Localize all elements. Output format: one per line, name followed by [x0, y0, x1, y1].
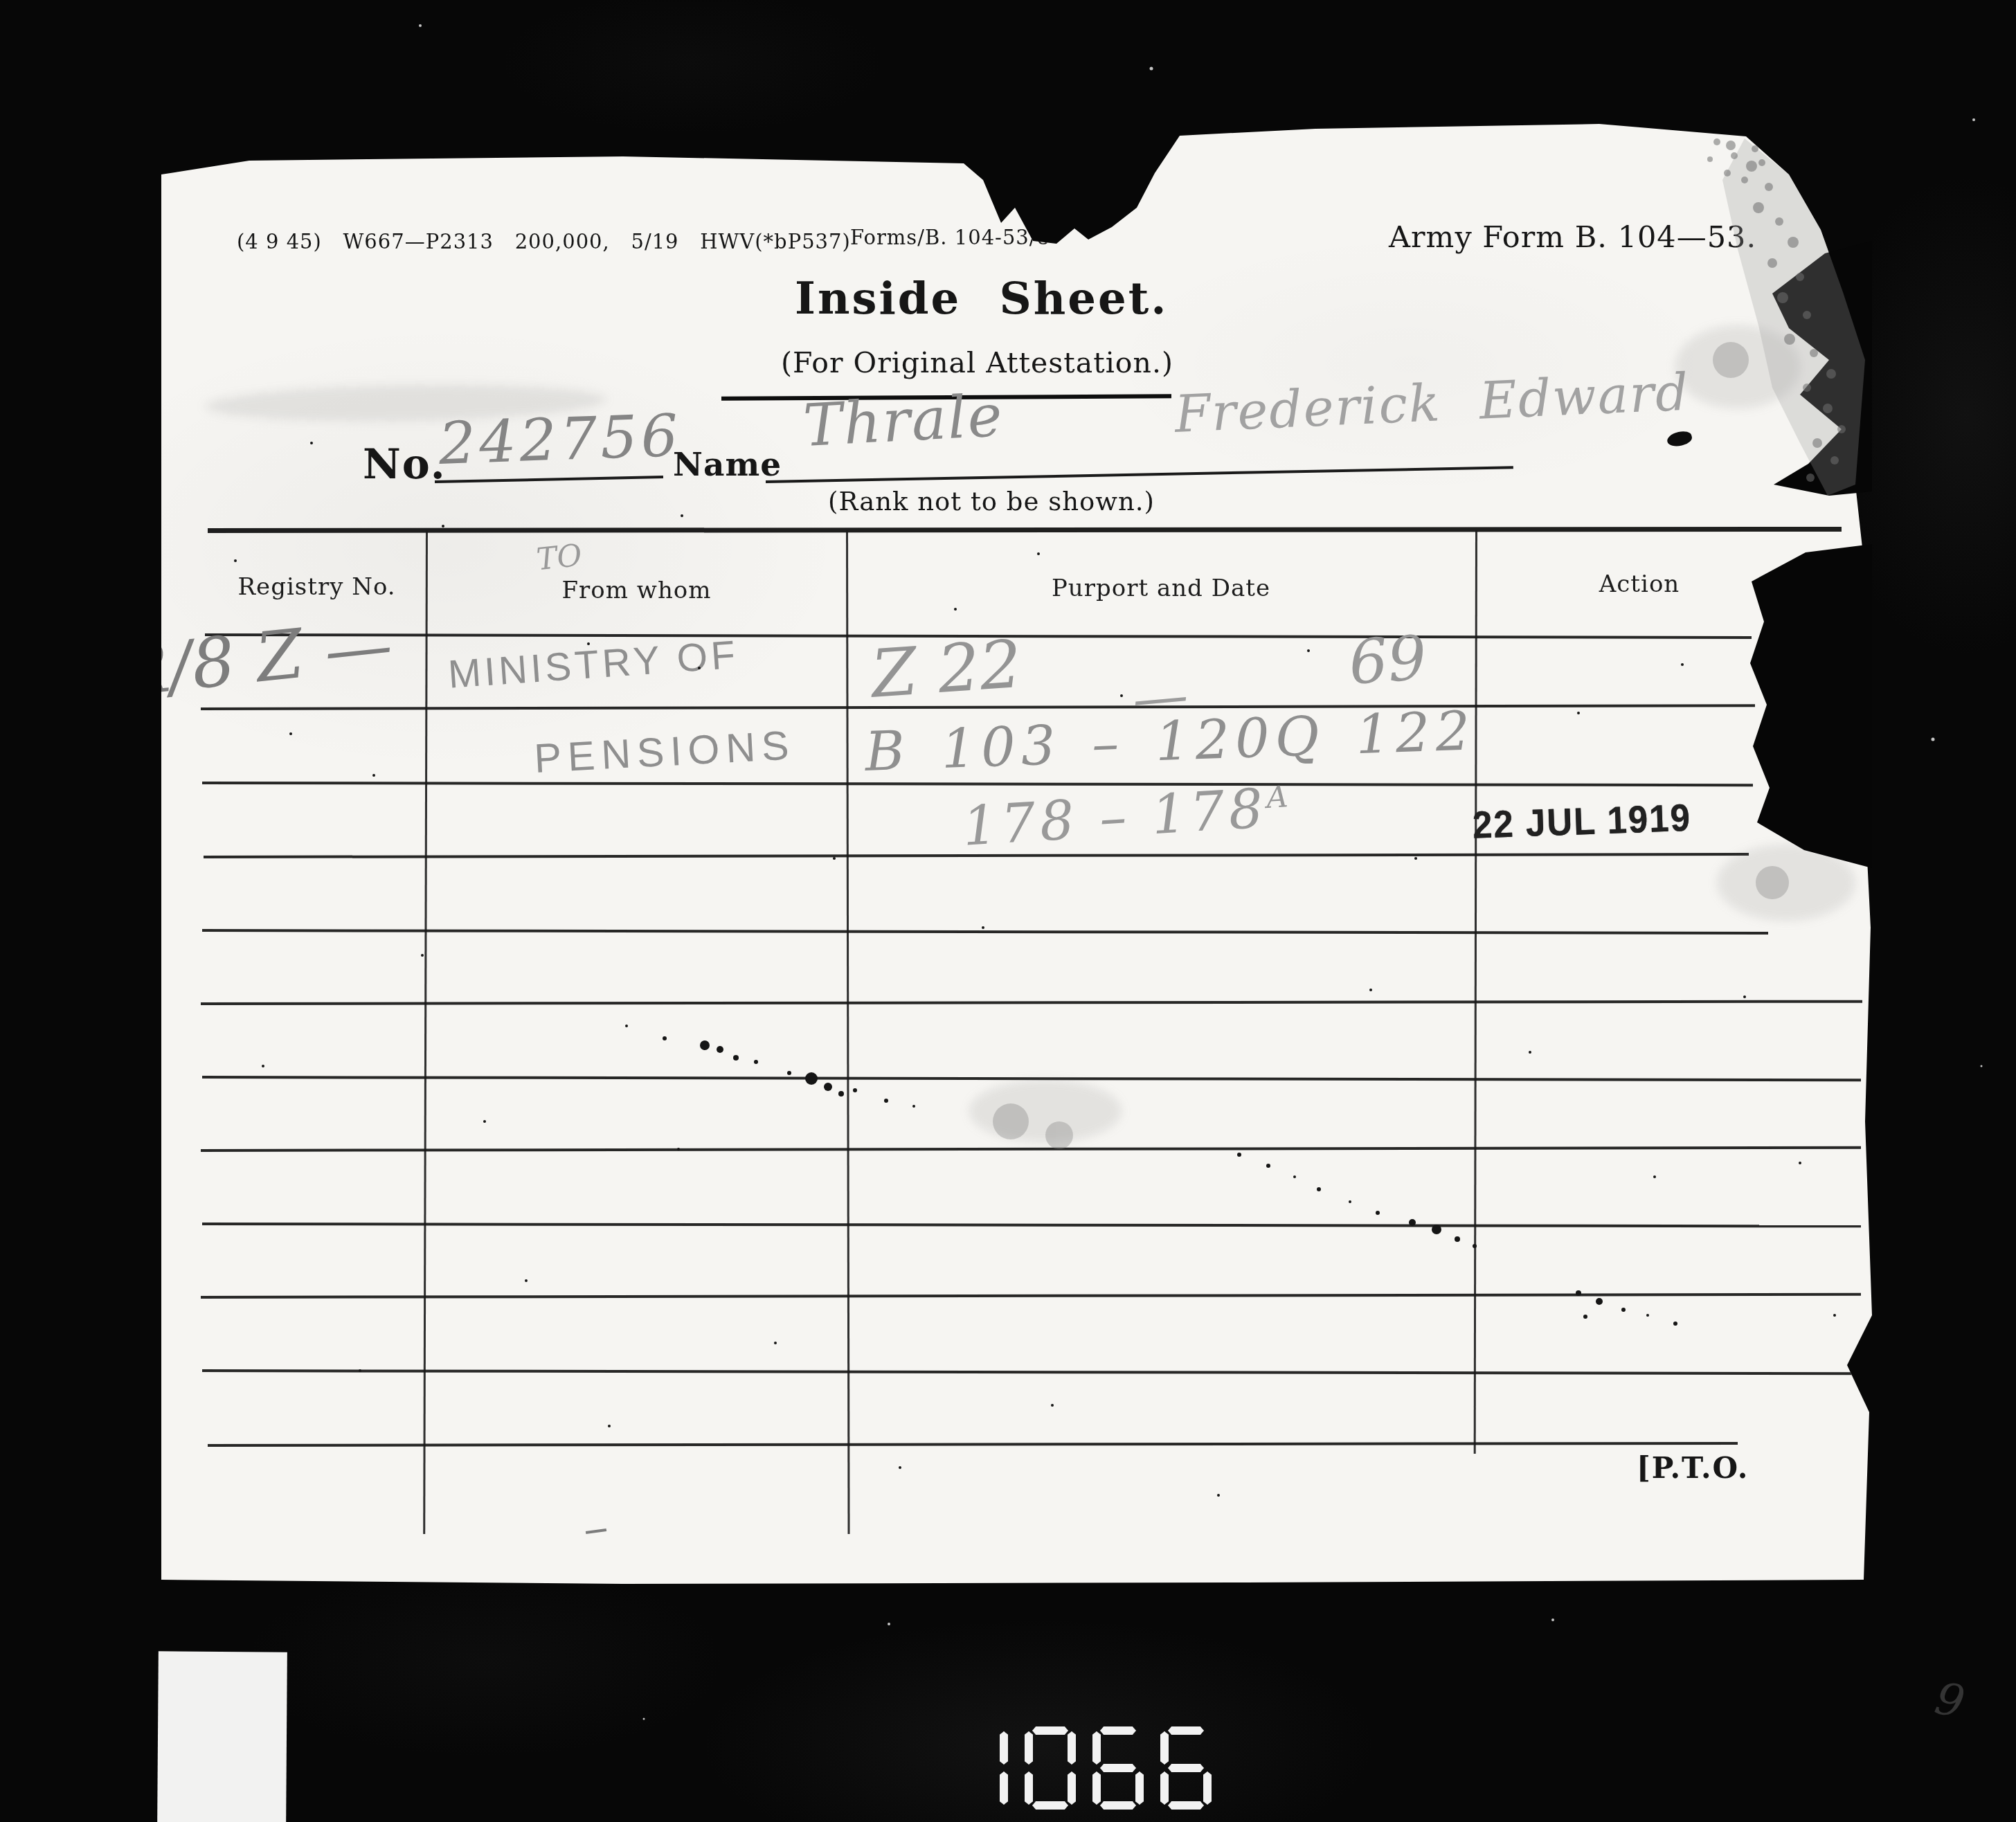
frame-counter: [957, 1726, 1212, 1810]
tear-lower-lobe: [1750, 544, 1872, 868]
torn-edge-overlay: [0, 0, 2016, 1822]
microfilm-frame: (4 9 45) W667—P2313 200,000, 5/19 HWV(*b…: [0, 0, 2016, 1822]
tear-corner-shadow: [1722, 138, 1865, 496]
counter-digit: [1092, 1726, 1144, 1810]
counter-digit: [957, 1726, 1008, 1810]
counter-digit: [1160, 1726, 1212, 1810]
white-card: [157, 1651, 287, 1822]
counter-digit: [1025, 1726, 1076, 1810]
